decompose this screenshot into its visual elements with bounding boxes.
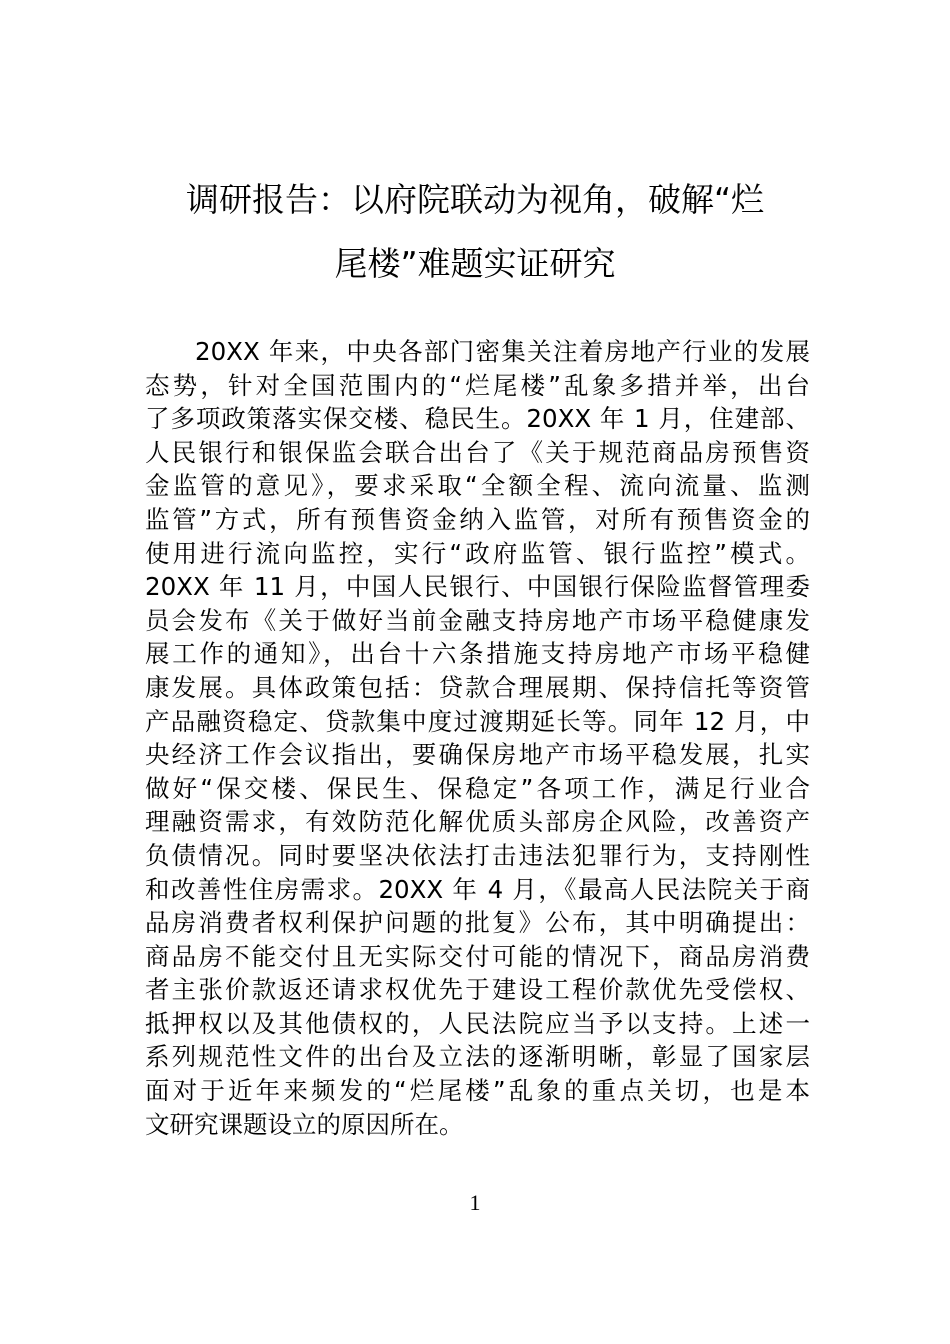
paragraph-line: 系列规范性文件的出台及立法的逐渐明晰，彰显了国家层 [145, 1040, 810, 1074]
title-line: 调研报告：以府院联动为视角，破解“烂 [150, 168, 800, 232]
paragraph-line: 面对于近年来频发的“烂尾楼”乱象的重点关切，也是本 [145, 1074, 810, 1108]
document-title: 调研报告：以府院联动为视角，破解“烂 尾楼”难题实证研究 [150, 168, 800, 296]
paragraph-line: 金监管的意见》，要求采取“全额全程、流向流量、监测 [145, 469, 810, 503]
paragraph-line: 负债情况。同时要坚决依法打击违法犯罪行为，支持刚性 [145, 839, 810, 873]
paragraph-line: 和改善性住房需求。20XX 年 4 月，《最高人民法院关于商 [145, 873, 810, 907]
paragraph-line: 者主张价款返还请求权优先于建设工程价款优先受偿权、 [145, 973, 810, 1007]
paragraph-line: 做好“保交楼、保民生、保稳定”各项工作，满足行业合 [145, 772, 810, 806]
paragraph-line: 使用进行流向监控，实行“政府监管、银行监控”模式。 [145, 537, 810, 571]
paragraph-line: 文研究课题设立的原因所在。 [145, 1108, 810, 1142]
paragraph-line: 产品融资稳定、贷款集中度过渡期延长等。同年 12 月，中 [145, 705, 810, 739]
paragraph-line: 康发展。具体政策包括：贷款合理展期、保持信托等资管 [145, 671, 810, 705]
paragraph-line: 品房消费者权利保护问题的批复》公布，其中明确提出： [145, 906, 810, 940]
paragraph-line: 监管”方式，所有预售资金纳入监管，对所有预售资金的 [145, 503, 810, 537]
title-line: 尾楼”难题实证研究 [150, 232, 800, 296]
paragraph-line: 商品房不能交付且无实际交付可能的情况下，商品房消费 [145, 940, 810, 974]
paragraph-line: 人民银行和银保监会联合出台了《关于规范商品房预售资 [145, 436, 810, 470]
paragraph-line: 了多项政策落实保交楼、稳民生。20XX 年 1 月，住建部、 [145, 402, 810, 436]
body-paragraph: 20XX 年来，中央各部门密集关注着房地产行业的发展 态势，针对全国范围内的“烂… [145, 335, 810, 1141]
paragraph-line: 理融资需求，有效防范化解优质头部房企风险，改善资产 [145, 805, 810, 839]
page-number: 1 [0, 1188, 950, 1218]
paragraph-line: 态势，针对全国范围内的“烂尾楼”乱象多措并举，出台 [145, 369, 810, 403]
paragraph-line: 员会发布《关于做好当前金融支持房地产市场平稳健康发 [145, 604, 810, 638]
paragraph-line: 抵押权以及其他债权的，人民法院应当予以支持。上述一 [145, 1007, 810, 1041]
document-page: 调研报告：以府院联动为视角，破解“烂 尾楼”难题实证研究 20XX 年来，中央各… [0, 0, 950, 1344]
paragraph-line: 央经济工作会议指出，要确保房地产市场平稳发展，扎实 [145, 738, 810, 772]
paragraph-line: 20XX 年 11 月，中国人民银行、中国银行保险监督管理委 [145, 570, 810, 604]
paragraph-line: 20XX 年来，中央各部门密集关注着房地产行业的发展 [145, 335, 810, 369]
paragraph-line: 展工作的通知》，出台十六条措施支持房地产市场平稳健 [145, 637, 810, 671]
